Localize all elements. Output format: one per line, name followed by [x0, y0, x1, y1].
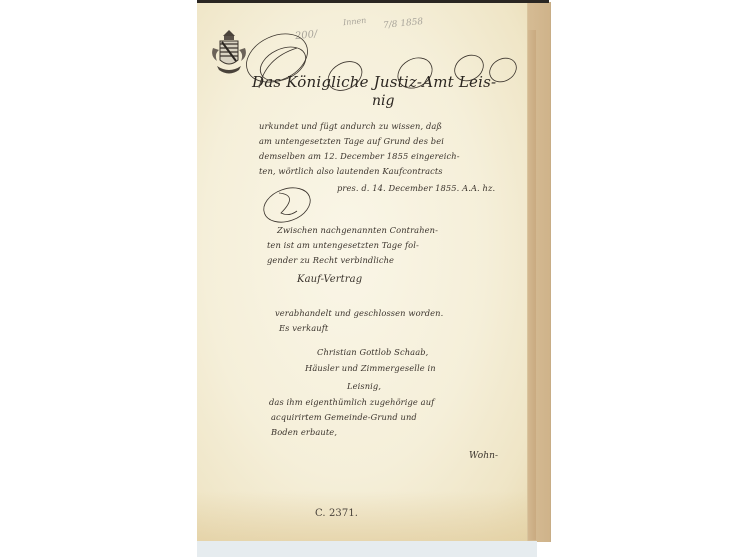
document-viewer: 200/ Innen 7/8 1858 Das Königliche Justi… — [0, 0, 740, 557]
text-line-2: am untengesetzten Tage auf Grund des bei — [259, 136, 444, 146]
text-line-17: Boden erbaute, — [271, 427, 337, 437]
contract-title: Kauf-Vertrag — [297, 274, 362, 285]
paper-stain — [197, 491, 527, 541]
seller-name: Christian Gottlob Schaab, — [317, 347, 428, 357]
scan-background-strip — [197, 541, 537, 557]
document-heading: Das Königliche Justiz-Amt Leis- — [252, 73, 532, 91]
seller-location: Leisnig, — [347, 381, 381, 391]
catchword: Wohn- — [469, 451, 498, 461]
text-line-presented: pres. d. 14. December 1855. A.A. hz. — [337, 183, 495, 193]
text-line-1: urkundet und fügt andurch zu wissen, daß — [259, 121, 442, 131]
archive-number: C. 2371. — [315, 508, 358, 519]
text-line-15: das ihm eigenthümlich zugehörige auf — [269, 397, 434, 407]
text-line-10: verabhandelt und geschlossen worden. — [275, 308, 443, 318]
text-line-8: gender zu Recht verbindliche — [267, 255, 394, 265]
text-line-11: Es verkauft — [279, 323, 328, 333]
text-line-7: ten ist am untengesetzten Tage fol- — [267, 240, 419, 250]
document-heading-continuation: nig — [372, 93, 394, 109]
seller-occupation: Häusler und Zimmergeselle in — [305, 363, 436, 373]
text-line-4: ten, wörtlich also lautenden Kaufcontrac… — [259, 166, 443, 176]
text-line-6: Zwischen nachgenannten Contrahen- — [277, 225, 438, 235]
text-line-3: demselben am 12. December 1855 eingereic… — [259, 151, 460, 161]
document-page: 200/ Innen 7/8 1858 Das Königliche Justi… — [197, 3, 528, 541]
text-line-16: acquirirtem Gemeinde-Grund und — [271, 412, 417, 422]
